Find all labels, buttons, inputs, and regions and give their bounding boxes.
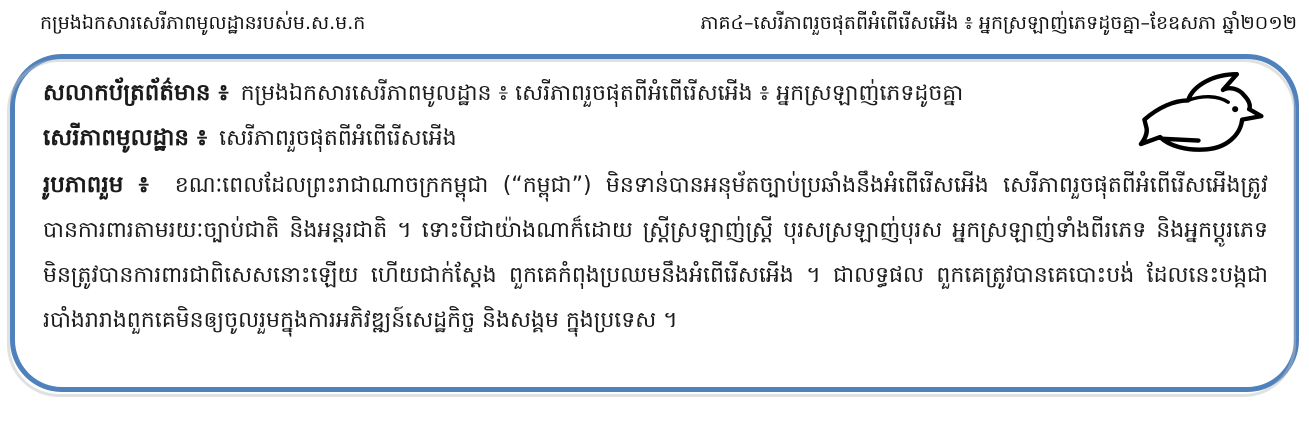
dove-icon [1126, 69, 1278, 165]
factsheet-freedom-value: សេរីភាពរួចផុតពីអំពើរើសអើង [219, 126, 456, 151]
header-left-title: កម្រងឯកសារសេរីភាពមូលដ្ឋានរបស់ម.ស.ម.ក [40, 8, 365, 38]
document-header: កម្រងឯកសារសេរីភាពមូលដ្ឋានរបស់ម.ស.ម.ក ភាគ… [0, 0, 1309, 38]
factsheet-box: សលាកប័ត្រព័ត៌មាន ៖កម្រងឯកសារសេរីភាពមូលដ្… [10, 54, 1299, 392]
header-right-title: ភាគ៤–សេរីភាពរួចផុតពីអំពើរើសអើង ៖ អ្នកស្រ… [700, 8, 1297, 38]
factsheet-freedom-label: សេរីភាពមូលដ្ឋាន ៖ [43, 125, 207, 151]
factsheet-freedom-line: សេរីភាពមូលដ្ឋាន ៖សេរីភាពរួចផុតពីអំពើរើសអ… [43, 116, 1268, 161]
factsheet-info-label: សលាកប័ត្រព័ត៌មាន ៖ [43, 80, 229, 106]
factsheet-content: សលាកប័ត្រព័ត៌មាន ៖កម្រងឯកសារសេរីភាពមូលដ្… [43, 71, 1268, 343]
factsheet-overview-label: រូបភាពរួម ៖ [43, 172, 149, 198]
factsheet-overview-paragraph: រូបភាពរួម ៖ខណៈពេលដែលព្រះរាជាណាចក្រកម្ពុជ… [43, 163, 1268, 343]
factsheet-info-value: កម្រងឯកសារសេរីភាពមូលដ្ឋាន ៖ សេរីភាពរួចផុ… [241, 81, 964, 106]
factsheet-overview-text: ខណៈពេលដែលព្រះរាជាណាចក្រកម្ពុជា (“កម្ពុជា… [43, 173, 1268, 333]
factsheet-info-line: សលាកប័ត្រព័ត៌មាន ៖កម្រងឯកសារសេរីភាពមូលដ្… [43, 71, 1268, 116]
